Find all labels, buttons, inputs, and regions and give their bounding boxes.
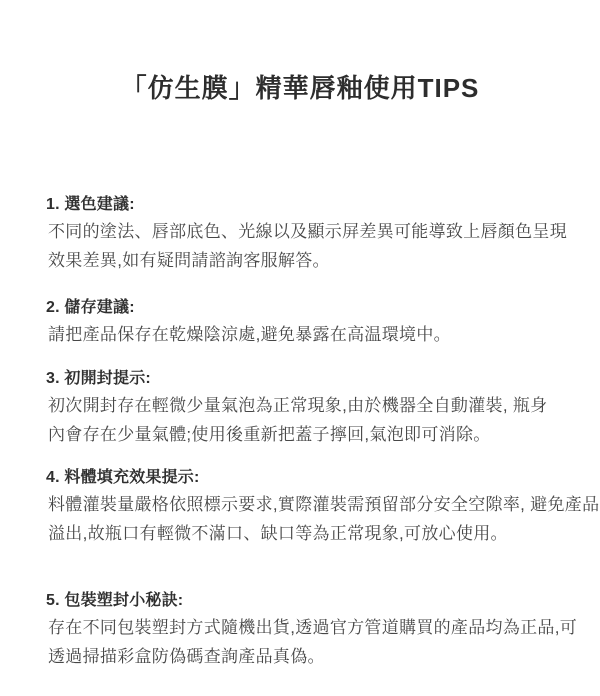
- section-heading: 4. 料體填充效果提示:: [46, 465, 570, 490]
- section-body-line: 效果差異,如有疑問請諮詢客服解答。: [46, 246, 570, 275]
- section-first-open-tip: 3. 初開封提示: 初次開封存在輕微少量氣泡為正常現象,由於機器全自動灌裝, 瓶…: [46, 366, 570, 449]
- section-heading: 1. 選色建議:: [46, 192, 570, 217]
- section-body-line: 料體灌裝量嚴格依照標示要求,實際灌裝需預留部分安全空隙率, 避免產品: [46, 490, 570, 519]
- section-color-advice: 1. 選色建議: 不同的塗法、唇部底色、光線以及顯示屏差異可能導致上唇顏色呈現 …: [46, 192, 570, 275]
- section-body-line: 存在不同包裝塑封方式隨機出貨,透過官方管道購買的產品均為正品,可: [46, 613, 570, 642]
- section-storage-advice: 2. 儲存建議: 請把產品保存在乾燥陰涼處,避免暴露在高温環境中。: [46, 295, 570, 349]
- section-body-line: 初次開封存在輕微少量氣泡為正常現象,由於機器全自動灌裝, 瓶身: [46, 391, 570, 420]
- section-heading: 3. 初開封提示:: [46, 366, 570, 391]
- section-body-line: 請把產品保存在乾燥陰涼處,避免暴露在高温環境中。: [46, 320, 570, 349]
- page-title: 「仿生膜」精華唇釉使用TIPS: [0, 0, 600, 106]
- tips-page: 「仿生膜」精華唇釉使用TIPS 1. 選色建議: 不同的塗法、唇部底色、光線以及…: [0, 0, 600, 696]
- section-heading: 5. 包裝塑封小秘訣:: [46, 588, 570, 613]
- section-body-line: 不同的塗法、唇部底色、光線以及顯示屏差異可能導致上唇顏色呈現: [46, 217, 570, 246]
- section-fill-level-tip: 4. 料體填充效果提示: 料體灌裝量嚴格依照標示要求,實際灌裝需預留部分安全空隙…: [46, 465, 570, 548]
- section-body-line: 透過掃描彩盒防偽碼查詢產品真偽。: [46, 642, 570, 671]
- section-heading: 2. 儲存建議:: [46, 295, 570, 320]
- tips-content: 1. 選色建議: 不同的塗法、唇部底色、光線以及顯示屏差異可能導致上唇顏色呈現 …: [0, 192, 600, 671]
- section-body-line: 溢出,故瓶口有輕微不滿口、缺口等為正常現象,可放心使用。: [46, 519, 570, 548]
- section-packaging-seal-tip: 5. 包裝塑封小秘訣: 存在不同包裝塑封方式隨機出貨,透過官方管道購買的產品均為…: [46, 588, 570, 671]
- section-body-line: 內會存在少量氣體;使用後重新把蓋子擰回,氣泡即可消除。: [46, 420, 570, 449]
